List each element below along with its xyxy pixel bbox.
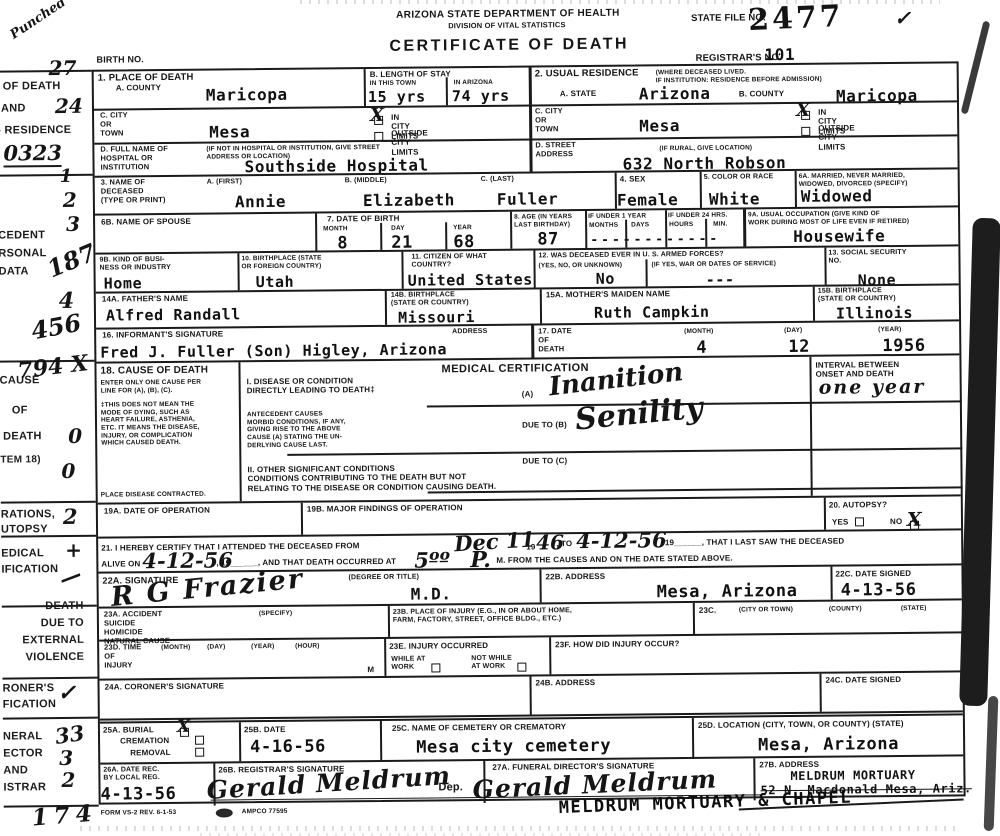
violence-c_county: (COUNTY) (829, 605, 862, 613)
deceased-middle_label: B. (MIDDLE) (345, 177, 387, 186)
under_year-days_label: DAYS (631, 221, 649, 229)
violence-b_label: 23B. PLACE OF INJURY (E.G., IN OR ABOUT … (393, 607, 572, 625)
top-edge-noise (300, 0, 940, 4)
violence-e_label: 23E. INJURY OCCURRED (389, 641, 488, 651)
vln (533, 250, 535, 287)
under_year-months_label: MONTHS (589, 222, 618, 230)
margin-s3-l2: OF (12, 404, 28, 416)
vln (529, 140, 532, 171)
age-label: 8. AGE (IN YEARS LAST BIRTHDAY) (514, 213, 572, 229)
header-division: DIVISION OF VITAL STATISTICS (448, 21, 565, 31)
place-stay_label: B. LENGTH OF STAY (370, 69, 451, 79)
armed-label: 12. WAS DECEASED EVER IN U. S. ARMED FOR… (538, 251, 723, 261)
margin-s2-n2: 2 (63, 188, 77, 212)
margin-s8-n3: 2 (61, 768, 75, 792)
deceased-race_label: 5. COLOR OR RACE (704, 173, 774, 182)
violence-d_label: 23D. TIME OF INJURY (104, 643, 141, 670)
place-stay_state_label: IN ARIZONA (454, 79, 493, 87)
margin-s4-n1: 2 (63, 504, 78, 529)
cause-c_label: DUE TO (C) (522, 456, 567, 466)
cremation-checkbox (195, 736, 204, 745)
residence-state_label: A. STATE (560, 89, 597, 99)
mother-label: 15A. MOTHER'S MAIDEN NAME (546, 289, 670, 300)
under_day-min_label: MIN. (713, 221, 727, 229)
residence-street_label: D. STREET ADDRESS (535, 141, 576, 159)
header-birth_no_label: BIRTH NO. (96, 54, 143, 65)
margin-s7-block: RONER'S FICATION (2, 680, 56, 713)
certify-tail2: M. FROM THE CAUSES AND ON THE DATE STATE… (496, 554, 732, 566)
vln (692, 718, 694, 757)
under-year-dashes: ------------ (590, 232, 720, 248)
cause-inst3: PLACE DISEASE CONTRACTED. (101, 491, 206, 500)
violence-f_label: 23F. HOW DID INJURY OCCUR? (555, 639, 679, 650)
margin-s8-n2: 3 (59, 746, 73, 770)
vln (529, 106, 532, 138)
residence-city: Mesa (639, 116, 680, 135)
vln (540, 289, 542, 323)
vln (795, 171, 797, 207)
cause-a_label: (A) (522, 389, 534, 399)
place-county: Maricopa (206, 85, 288, 105)
vln (813, 287, 815, 321)
cause-antecedent: ANTECEDENT CAUSES MORBID CONDITIONS, IF … (247, 410, 346, 449)
cert_sig-date_label: 22C. DATE SIGNED (835, 569, 911, 579)
margin-s3-l4: TEM 18) (0, 454, 41, 465)
vln (819, 674, 821, 712)
birth-label: 7. DATE OF BIRTH (327, 214, 400, 224)
margin-s5-n2: — (56, 561, 86, 593)
margin-s2-n4: 187 (43, 237, 100, 283)
state-file-number-stamp: 2477 (747, 0, 844, 38)
vln (301, 503, 303, 535)
findings-label: 19B. MAJOR FINDINGS OF OPERATION (307, 503, 463, 514)
page-title: CERTIFICATE OF DEATH (389, 36, 629, 57)
margin-s3-n1: 794 X (16, 350, 89, 384)
violence-d_month: (MONTH) (161, 644, 190, 652)
violence-c_state: (STATE) (901, 605, 927, 613)
margin-s7-n1: ✓ (57, 680, 76, 706)
residence-note: (WHERE DECEASED LIVED. IF INSTITUTION: R… (656, 68, 822, 85)
margin-s4-block: RATIONS, UTOPSY (1, 507, 55, 538)
place-city: Mesa (209, 122, 250, 141)
vln (239, 722, 241, 761)
punched-annotation: Punched' (8, 0, 72, 43)
spouse-label: 6B. NAME OF SPOUSE (101, 217, 191, 227)
vln (549, 637, 551, 674)
vln (401, 252, 403, 289)
vln (585, 211, 587, 248)
deceased-title: 3. NAME OF DECEASED (TYPE OR PRINT) (101, 178, 166, 205)
certify-alive_label: ALIVE ON (101, 559, 140, 569)
vln (510, 212, 512, 249)
registration-rec_label: 26A. DATE REC. BY LOCAL REG. (103, 766, 160, 783)
ln (287, 447, 962, 455)
cause-b-handwriting: Senility (574, 390, 705, 437)
vln (645, 259, 647, 286)
residence-county_label: B. COUNTY (739, 89, 784, 99)
cert_sig-date: 4-13-56 (841, 580, 917, 601)
certify-y1: 19 (526, 542, 535, 552)
ln (0, 174, 93, 177)
margin-s1-n2: 24 (55, 94, 83, 118)
registration-address1: MELDRUM MORTUARY (790, 768, 915, 783)
row-cause-of-death: 18. CAUSE OF DEATH ENTER ONLY ONE CAUSE … (96, 353, 960, 502)
margin-s5-block: EDICAL IFICATION (1, 545, 58, 578)
certificate-form: 1. PLACE OF DEATH A. COUNTY Maricopa B. … (92, 61, 966, 804)
cause-part2: II. OTHER SIGNIFICANT CONDITIONS CONDITI… (247, 463, 496, 494)
ln (2, 677, 97, 680)
autopsy-no-x-mark: X (907, 509, 922, 531)
certify-tail1: , 19______, THAT I LAST SAW THE DECEASED (660, 537, 844, 548)
margin-s2-n6: 456 (29, 308, 84, 346)
check-mark: ✓ (894, 6, 911, 30)
place-county_label: A. COUNTY (116, 83, 161, 93)
injury-while-at-work-checkbox (431, 663, 440, 672)
margin-s1-l1: OF DEATH (3, 80, 61, 93)
birth-month_label: MONTH (323, 225, 348, 233)
interval-handwriting: one year (819, 376, 926, 399)
place-city_label: C. CITY OR TOWN (100, 111, 128, 138)
violence-d_day: (DAY) (207, 643, 225, 651)
margin-s2-block: CEDENT RSONAL DATA (0, 226, 47, 280)
burial-checkbox: X (180, 724, 189, 742)
vln (529, 67, 532, 104)
coroner-date_label: 24C. DATE SIGNED (825, 675, 901, 685)
vln (743, 209, 746, 246)
disposition-date_label: 25B. DATE (244, 725, 286, 735)
death_date-month_label: (MONTH) (684, 328, 713, 336)
margin-s8-block: NERAL ECTOR AND ISTRAR (3, 728, 46, 796)
violence-e_notwork: NOT WHILE AT WORK (471, 655, 512, 672)
armed-value: No (596, 270, 615, 288)
vln (445, 222, 447, 249)
vln (364, 69, 366, 106)
birthplace-value: Utah (256, 273, 295, 291)
vln (380, 223, 382, 250)
certify-mid: , 19______, AND THAT DEATH OCCURRED AT (216, 557, 396, 568)
attended-to-handwriting: 4-12-56 (576, 527, 667, 553)
place-in-city-x-mark: X (370, 105, 384, 126)
father_bp-label: 14B. BIRTHPLACE (STATE OR COUNTRY) (391, 291, 469, 308)
business-label: 9B. KIND OF BUSI- NESS OR INDUSTRY (99, 256, 171, 273)
mother-value: Ruth Campkin (594, 303, 710, 322)
residence-street_note: (IF RURAL, GIVE LOCATION) (659, 144, 752, 153)
disposition-date: 4-16-56 (250, 736, 326, 757)
margin-s1-n3: 0323 (3, 140, 62, 168)
margin-s5-n1: + (65, 538, 82, 562)
agency-title: ARIZONA STATE DEPARTMENT OF HEALTH (396, 8, 620, 22)
margin-s3-n3: 0 (61, 459, 75, 483)
cert_sig-address_label: 22B. ADDRESS (545, 572, 605, 582)
ssn-label: 13. SOCIAL SECURITY NO. (828, 249, 906, 266)
union-bug (216, 808, 233, 817)
vln (529, 677, 531, 715)
deceased-last: Fuller (497, 189, 559, 209)
violence-e_work: WHILE AT WORK (391, 656, 425, 673)
disposition-cemetery: Mesa city cemetery (416, 736, 611, 758)
birthplace-label: 10. BIRTHPLACE (STATE OR FOREIGN COUNTRY… (241, 255, 321, 271)
footer-form_no: FORM VS-2 REV. 6-1-53 (101, 809, 177, 817)
under_day-hours_label: HOURS (669, 221, 693, 229)
ln (1, 501, 96, 504)
deceased-first: Annie (235, 192, 286, 211)
death_date-year_label: (YEAR) (878, 326, 901, 334)
occupation-label: 9A. USUAL OCCUPATION (GIVE KIND OF WORK … (748, 210, 909, 227)
cause-inst1: ENTER ONLY ONE CAUSE PER LINE FOR (A), (… (101, 379, 202, 395)
violence-a_note: (SPECIFY) (259, 610, 293, 618)
vln (824, 248, 826, 285)
margin-s8-n1: 33 (53, 720, 86, 749)
vln (315, 214, 317, 251)
cause-part1: I. DISEASE OR CONDITION DIRECTLY LEADING… (247, 376, 375, 396)
place-hospital_label: D. FULL NAME OF HOSPITAL OR INSTITUTION (100, 145, 168, 172)
vln (237, 253, 239, 290)
margin-s3-n2: 0 (68, 424, 82, 448)
injury-not-while-at-work-checkbox (517, 663, 526, 672)
violence-d_year: (YEAR) (251, 643, 274, 651)
autopsy-yes-checkbox (855, 517, 864, 526)
bottom-edge-noise (80, 826, 960, 831)
disposition-cemetery_label: 25C. NAME OF CEMETERY OR CREMATORY (392, 722, 566, 733)
vln (824, 498, 826, 530)
deceased-middle: Elizabeth (363, 190, 455, 210)
disposition-cremation_label: CREMATION (120, 736, 169, 746)
burial-x-mark: X (177, 717, 190, 737)
place-stay_state: 74 yrs (452, 87, 510, 106)
violence-d_m: M (367, 665, 374, 675)
margin-s1-n1: 27 (48, 56, 76, 80)
vln (531, 325, 534, 357)
father-value: Alfred Randall (106, 305, 241, 324)
deceased-first_label: A. (FIRST) (207, 178, 242, 187)
cert_sig-degree_label: (DEGREE OR TITLE) (348, 574, 419, 583)
bx (801, 127, 810, 136)
ln (0, 70, 92, 73)
vln (388, 606, 390, 637)
deceased-last_label: C. (LAST) (481, 176, 514, 185)
attended-from-handwriting: Dec 11 (453, 526, 535, 556)
residence-state: Arizona (639, 84, 711, 104)
margin-s1-l3: - RESIDENCE (0, 124, 71, 137)
violence-d_hour: (HOUR) (295, 643, 319, 651)
under_year-label: IF UNDER 1 YEAR (588, 212, 646, 220)
vln (384, 639, 386, 676)
deceased-sex_label: 4. SEX (620, 174, 646, 184)
vln (539, 569, 541, 602)
mother_bp-label: 15B. BIRTHPLACE (STATE OR COUNTRY) (818, 287, 896, 304)
margin-s6-block: DEATH DUE TO EXTERNAL VIOLENCE (2, 598, 85, 667)
margin-s2-n3: 3 (66, 212, 80, 236)
ln (428, 486, 963, 493)
age-value: 87 (537, 229, 559, 249)
disposition-removal_label: REMOVAL (130, 748, 171, 758)
death_date-label: 17. DATE OF DEATH (538, 327, 572, 354)
birth-year_label: YEAR (453, 224, 472, 232)
death_date-day_label: (DAY) (784, 327, 802, 335)
vln (693, 603, 695, 634)
under_day-label: IF UNDER 24 HRS. (668, 212, 728, 220)
deceased-marital: Widowed (801, 186, 873, 206)
disposition-location: Mesa, Arizona (758, 734, 899, 755)
margin-s2-n1: 1 (60, 166, 73, 187)
cert_sig-degree: M.D. (411, 584, 452, 603)
deceased-race: White (709, 189, 760, 208)
vln (380, 721, 382, 760)
operation-label: 19A. DATE OF OPERATION (104, 506, 210, 516)
birth-day_label: DAY (391, 225, 405, 233)
cause-title: 18. CAUSE OF DEATH (100, 365, 208, 378)
vln (830, 567, 832, 600)
header-registrar_no: 101 (764, 45, 795, 64)
disposition-location_label: 25D. LOCATION (CITY, TOWN, OR COUNTY) (S… (698, 719, 904, 730)
father-label: 14A. FATHER'S NAME (102, 294, 188, 304)
deceased-sex: Female (617, 190, 679, 210)
citizen-label: 11. CITIZEN OF WHAT COUNTRY? (411, 253, 487, 270)
business-value: Home (104, 274, 143, 292)
place-stay_town_label: IN THIS TOWN (370, 80, 417, 88)
violence-c_city: (CITY OR TOWN) (739, 606, 793, 614)
cause-b_label: DUE TO (B) (522, 420, 567, 430)
ln (3, 717, 98, 720)
autopsy-label: 20. AUTOPSY? (829, 500, 887, 510)
cert_sig-address: Mesa, Arizona (657, 581, 798, 602)
vln (385, 291, 387, 325)
footer-print_code: AMPCO 77595 (242, 808, 288, 816)
registration-rec_date: 4-13-56 (100, 784, 176, 805)
informant-address_label: ADDRESS (452, 328, 487, 337)
registration-dep: Dep. (438, 781, 463, 794)
place-title: 1. PLACE OF DEATH (98, 72, 194, 84)
residence-title: 2. USUAL RESIDENCE (535, 67, 639, 79)
autopsy-no_label: NO (890, 517, 902, 527)
place-stay_town: 15 yrs (368, 88, 426, 107)
informant-label: 16. INFORMANT'S SIGNATURE (102, 329, 223, 340)
cause-inst2: ‡THIS DOES NOT MEAN THE MODE OF DYING, S… (101, 401, 200, 448)
disposition-burial_label: 25A. BURIAL (103, 725, 154, 735)
death-certificate-scan: Punched' BIRTH NO. ARIZONA STATE DEPARTM… (0, 0, 1000, 836)
vln (238, 362, 241, 501)
vln (700, 172, 702, 208)
violence-c_label: 23C. (699, 606, 717, 616)
coroner-address_label: 24B. ADDRESS (535, 678, 595, 688)
coroner-sig_label: 24A. CORONER'S SIGNATURE (105, 681, 225, 692)
armed-note2: (IF YES, WAR OR DATES OF SERVICE) (651, 260, 776, 269)
residence-in-city-x-mark: X (796, 100, 810, 121)
autopsy-yes_label: YES (832, 517, 849, 527)
removal-checkbox (195, 748, 204, 757)
certify-to_label: , TO (556, 539, 572, 549)
margin-s1-l2: AND (1, 102, 26, 114)
occupation-value: Housewife (793, 226, 885, 246)
margin-s3-l3: DEATH (3, 430, 42, 442)
vln (446, 77, 448, 105)
residence-city_label: C. CITY OR TOWN (535, 107, 563, 134)
vln (809, 357, 812, 496)
